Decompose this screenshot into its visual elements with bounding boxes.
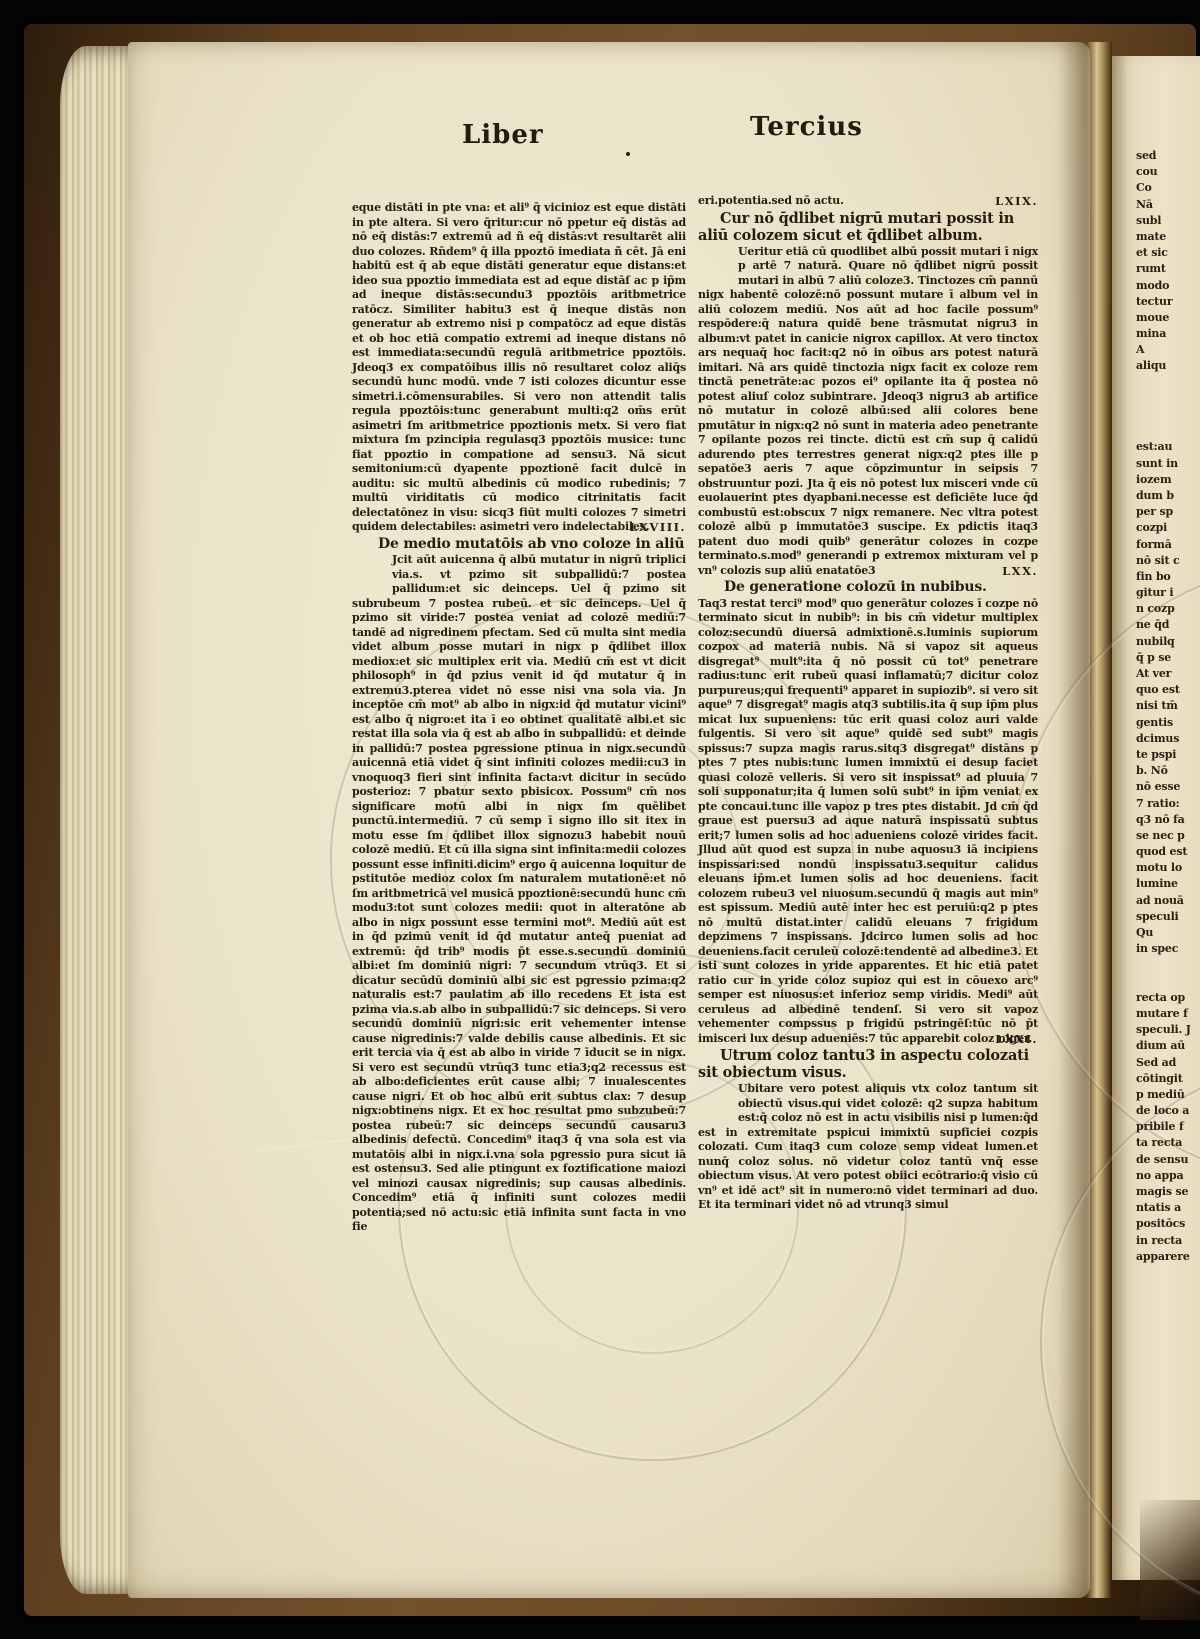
section-number: LXXI. (989, 1032, 1038, 1047)
paragraph-text: Ueritur etiā cū quodlibet albū possit mu… (698, 245, 1038, 577)
section-number: LXX. (996, 564, 1038, 579)
fragment-line: te pspi (1136, 747, 1200, 763)
fragment-line: q̄ p se (1136, 650, 1200, 666)
paragraph-text: Jcit aūt auicenna q̄ albū mutatur in nig… (352, 553, 686, 1233)
paragraph-text: eque distāti in pte vna: et ali⁹ q̄ vici… (352, 201, 686, 533)
fragment-line: per sp (1136, 504, 1200, 520)
fragment-line: iozem (1136, 472, 1200, 488)
fragment-line: b. Nō (1136, 763, 1200, 779)
fragment-line: sunt in (1136, 456, 1200, 472)
fragment-line: sed (1136, 148, 1200, 164)
initial-space (698, 245, 738, 289)
fragment-line: no appa (1136, 1168, 1200, 1184)
fragment-line: speculi. J (1136, 1022, 1200, 1038)
paragraph: Ubitare vero potest aliquis vtx coloz ta… (698, 1082, 1038, 1213)
fragment-line: positōcs (1136, 1216, 1200, 1232)
fragment-line (1136, 974, 1200, 990)
fragment-line: nō esse (1136, 779, 1200, 795)
fragment-line: A (1136, 342, 1200, 358)
section-number: LXIX. (989, 194, 1038, 209)
fragment-line: apparere (1136, 1249, 1200, 1265)
fragment-line: modo (1136, 278, 1200, 294)
paragraph: Ueritur etiā cū quodlibet albū possit mu… (698, 245, 1038, 579)
fragment-line: aliqu (1136, 358, 1200, 374)
fragment-line: motu lo (1136, 860, 1200, 876)
initial-space (698, 1082, 738, 1126)
chapter-heading: Cur nō q̄dlibet nigrū mutari possit in a… (698, 210, 1038, 244)
next-page-text-fragments: sedcouCoNāsublmateet sicrumtmodotecturmo… (1136, 148, 1200, 1265)
fragment-line: cōtingit (1136, 1071, 1200, 1087)
fragment-line: cozpi (1136, 520, 1200, 536)
left-column: eque distāti in pte vna: et ali⁹ q̄ vici… (352, 201, 686, 1235)
corner-shadow (1140, 1500, 1200, 1620)
chapter-heading: Utrum coloz tantu3 in aspectu colozati s… (698, 1047, 1038, 1081)
fragment-line: Nā (1136, 197, 1200, 213)
paragraph-text: Taq3 restat terci⁹ mod⁹ quo generātur co… (698, 597, 1038, 1045)
paragraph: Taq3 restat terci⁹ mod⁹ quo generātur co… (698, 597, 1038, 1047)
fragment-line: speculi (1136, 909, 1200, 925)
fragment-line: moue (1136, 310, 1200, 326)
fragment-line: ad nouā (1136, 893, 1200, 909)
fragment-line: Sed ad (1136, 1055, 1200, 1071)
fragment-line: pribile f (1136, 1119, 1200, 1135)
fragment-line: At ver (1136, 666, 1200, 682)
fragment-line: formā (1136, 537, 1200, 553)
right-column: eri.potentia.sed nō actu.LXIX.Cur nō q̄d… (698, 194, 1038, 1213)
paragraph: eque distāti in pte vna: et ali⁹ q̄ vici… (352, 201, 686, 535)
fragment-line (1136, 407, 1200, 423)
photo-background: { "running_heads": { "left": "Liber", "r… (0, 0, 1200, 1639)
fragment-line: fin bo (1136, 569, 1200, 585)
fragment-line: 7 ratio: (1136, 796, 1200, 812)
fragment-line: in recta (1136, 1233, 1200, 1249)
fragment-line: nō sit c (1136, 553, 1200, 569)
fragment-line: de sensu (1136, 1152, 1200, 1168)
fragment-line: n cozp (1136, 601, 1200, 617)
fragment-line: Qu (1136, 925, 1200, 941)
chapter-heading: De medio mutatōis ab vno coloze in aliū (352, 536, 686, 553)
fragment-line: q3 nō fa (1136, 812, 1200, 828)
gutter-shadow (1058, 42, 1112, 1598)
running-head-tercius: Tercius (750, 112, 863, 142)
paragraph-text: Ubitare vero potest aliquis vtx coloz ta… (698, 1082, 1038, 1211)
fragment-line: gitur i (1136, 585, 1200, 601)
fragment-line: Co (1136, 180, 1200, 196)
fragment-line: ne q̄d (1136, 617, 1200, 633)
fragment-line: dium aū (1136, 1038, 1200, 1054)
fragment-line: rumt (1136, 261, 1200, 277)
fragment-line: mate (1136, 229, 1200, 245)
fragment-line: ta recta (1136, 1135, 1200, 1151)
paragraph: eri.potentia.sed nō actu.LXIX. (698, 194, 1038, 209)
fragment-line: subl (1136, 213, 1200, 229)
fragment-line (1136, 391, 1200, 407)
fragment-line: tectur (1136, 294, 1200, 310)
running-head-liber: Liber (462, 120, 544, 150)
initial-space (352, 553, 392, 597)
fragment-line: recta op (1136, 990, 1200, 1006)
chapter-heading: De generatione colozū in nubibus. (698, 579, 1038, 596)
fragment-line (1136, 375, 1200, 391)
fragment-line: nubilq (1136, 634, 1200, 650)
fragment-line: nisi tm̄ (1136, 698, 1200, 714)
fragment-line: dum b (1136, 488, 1200, 504)
paragraph: Jcit aūt auicenna q̄ albū mutatur in nig… (352, 553, 686, 1235)
fragment-line: et sic (1136, 245, 1200, 261)
fragment-line: in spec (1136, 941, 1200, 957)
fragment-line: gentis (1136, 715, 1200, 731)
section-number: LXVIII. (623, 520, 686, 535)
fragment-line: mina (1136, 326, 1200, 342)
punctuation-dot (626, 152, 630, 156)
fragment-line: dcimus (1136, 731, 1200, 747)
paragraph-text: eri.potentia.sed nō actu. (698, 194, 844, 207)
fragment-line: mutare f (1136, 1006, 1200, 1022)
fragment-line: p mediū (1136, 1087, 1200, 1103)
fragment-line (1136, 423, 1200, 439)
fragment-line: cou (1136, 164, 1200, 180)
fragment-line: ntatis a (1136, 1200, 1200, 1216)
fragment-line: est:au (1136, 439, 1200, 455)
fragment-line: se nec p (1136, 828, 1200, 844)
fragment-line (1136, 957, 1200, 973)
fragment-line: lumine (1136, 876, 1200, 892)
fragment-line: quo est (1136, 682, 1200, 698)
fragment-line: de loco a (1136, 1103, 1200, 1119)
fragment-line: magis se (1136, 1184, 1200, 1200)
fragment-line: quod est (1136, 844, 1200, 860)
